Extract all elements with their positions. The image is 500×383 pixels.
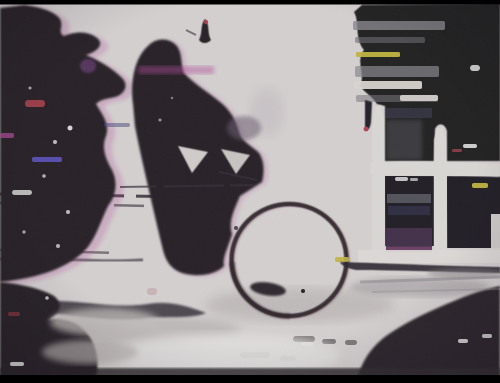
letterbox-bottom-bar <box>0 375 500 383</box>
letterbox-top-bar <box>0 0 500 5</box>
video-still-frame <box>0 0 500 383</box>
vignette <box>0 0 500 383</box>
still-canvas <box>0 0 500 383</box>
